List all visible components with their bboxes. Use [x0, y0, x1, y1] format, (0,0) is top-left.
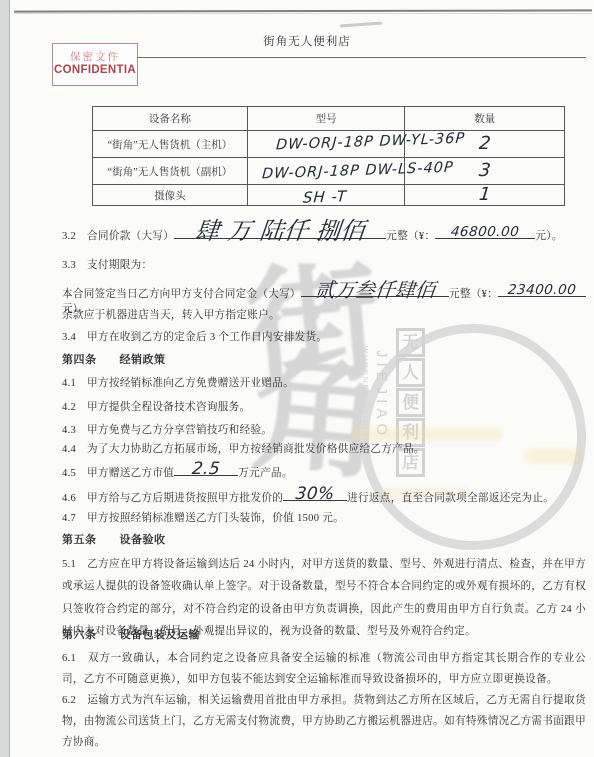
- quantity-cell: 1: [405, 185, 565, 206]
- deposit-mid: 元整（¥：: [449, 289, 498, 300]
- clause-3-3: 3.3 支付期限为：: [62, 258, 586, 273]
- model-cell: SH -T: [247, 185, 405, 206]
- amount-blank-capital: 肆 万 陆仟 捌佰: [174, 226, 386, 239]
- scan-top-line-shadow: [14, 13, 592, 14]
- scanned-contract-page: 街 角 无 人 便 利 店 JIEJIAO WURENBIANLIDIAN 保密…: [0, 0, 594, 757]
- header-rule: [137, 57, 586, 58]
- clause-6-2: 6.2 运输方式为汽车运输，相关运输费用首批由甲方承担。货物到达乙方所在区域后，…: [62, 690, 586, 753]
- table-row-main-machine: “街角”无人售货机（主机） DW-ORJ-18P DW-YL-36P 2: [93, 131, 565, 158]
- table-row-secondary-machine: “街角”无人售货机（副机） DW-ORJ-18P DW-LS-40P 3: [93, 158, 565, 185]
- balance-line: 余款应于机器进店当天，转入甲方指定账户。: [62, 308, 586, 323]
- clause-4-4: 4.4 为了大力协助乙方拓展市场，甲方按经销商批发价格供应给乙方产品。: [62, 442, 586, 457]
- section-5-title: 第五条 设备验收: [62, 533, 586, 548]
- col-header-equipment-name: 设备名称: [93, 107, 248, 131]
- stamp-text-chinese: 保密文件: [53, 49, 137, 64]
- clause-4-7: 4.7 甲方按照经销标准赠送乙方门头装饰，价值 1500 元。: [62, 511, 586, 526]
- clause-4-5-prefix: 4.5 甲方赠送乙方市值: [62, 468, 174, 479]
- deposit-blank-capital: 贰万叁仟肆佰: [301, 284, 449, 297]
- clause-4-6-suffix: 进行返点，直至合同款项全部返还完为止。: [347, 493, 554, 504]
- scanner-edge-strip: [0, 0, 9, 757]
- amount-blank-numeric: 46800.00: [435, 226, 535, 239]
- confidential-stamp: 保密文件 CONFIDENTIA: [52, 43, 138, 86]
- col-header-model: 型号: [247, 107, 405, 131]
- document-header-title: 街角无人便利店: [62, 33, 552, 49]
- equipment-name-cell: “街角”无人售货机（主机）: [93, 131, 248, 158]
- clause-4-3: 4.3 甲方免费与乙方分享营销技巧和经验。: [62, 423, 586, 438]
- clause-3-4: 3.4 甲方在收到乙方的定金后 3 个工作日内安排发货。: [62, 330, 586, 345]
- section-4-title: 第四条 经销政策: [62, 353, 586, 368]
- section-6-title: 第六条 设备包装及运输: [62, 628, 586, 643]
- handwritten-quantity: 2: [478, 135, 491, 153]
- clause-6-1: 6.1 双方一致确认，本合同约定之设备应具备安全运输的标准（物流公司由甲方指定其…: [62, 648, 586, 690]
- clause-4-1: 4.1 甲方按经销标准向乙方免费赠送开业赠品。: [62, 376, 586, 391]
- gift-value-blank: 2.5: [174, 463, 238, 476]
- handwritten-gift-value: 2.5: [173, 461, 239, 478]
- clause-4-6: 4.6 甲方给与乙方后期进货按照甲方批发价的30%进行返点，直至合同款项全部返还…: [62, 488, 586, 506]
- handwritten-amount-capital: 肆 万 陆仟 捌佰: [173, 219, 388, 243]
- handwritten-rebate-percent: 30%: [282, 486, 348, 503]
- handwritten-amount-numeric: 46800.00: [435, 226, 536, 240]
- clause-3-2-mid: 元整（¥：: [386, 231, 435, 242]
- clause-4-5-suffix: 万元产品。: [238, 468, 292, 479]
- handwritten-quantity: 1: [478, 186, 491, 204]
- handwritten-deposit-numeric: 23400.00: [497, 284, 586, 298]
- equipment-table: 设备名称 型号 数量 “街角”无人售货机（主机） DW-ORJ-18P DW-Y…: [92, 106, 565, 206]
- col-header-quantity: 数量: [405, 107, 565, 131]
- model-cell: DW-ORJ-18P DW-YL-36P: [247, 131, 405, 158]
- stamp-text-english: CONFIDENTIA: [53, 64, 137, 76]
- clause-3-2-prefix: 3.2 合同价款（大写）: [62, 231, 174, 242]
- clause-4-5: 4.5 甲方赠送乙方市值2.5万元产品。: [62, 463, 586, 481]
- table-header-row: 设备名称 型号 数量: [93, 107, 565, 131]
- equipment-name-cell: “街角”无人售货机（副机）: [93, 158, 248, 185]
- deposit-prefix: 本合同签定当日乙方向甲方支付合同定金（大写）: [62, 289, 301, 300]
- clause-3-2-suffix: 元）。: [535, 231, 562, 242]
- clause-4-2: 4.2 甲方提供全程设备技术咨询服务。: [62, 400, 586, 415]
- deposit-blank-numeric: 23400.00: [498, 284, 586, 297]
- handwritten-quantity: 3: [478, 162, 491, 180]
- handwritten-model-camera: SH -T: [302, 187, 347, 207]
- scan-smudge-mark: [340, 22, 382, 28]
- clause-3-2: 3.2 合同价款（大写）肆 万 陆仟 捌佰元整（¥：46800.00元）。: [62, 226, 586, 244]
- table-row-camera: 摄像头 SH -T 1: [93, 185, 565, 206]
- clause-4-6-prefix: 4.6 甲方给与乙方后期进货按照甲方批发价的: [62, 493, 283, 504]
- rebate-blank: 30%: [283, 488, 347, 501]
- equipment-name-cell: 摄像头: [93, 185, 248, 206]
- model-cell: DW-ORJ-18P DW-LS-40P: [247, 158, 405, 185]
- handwritten-deposit-capital: 贰万叁仟肆佰: [300, 280, 450, 300]
- page-left-edge-line: [9, 0, 10, 757]
